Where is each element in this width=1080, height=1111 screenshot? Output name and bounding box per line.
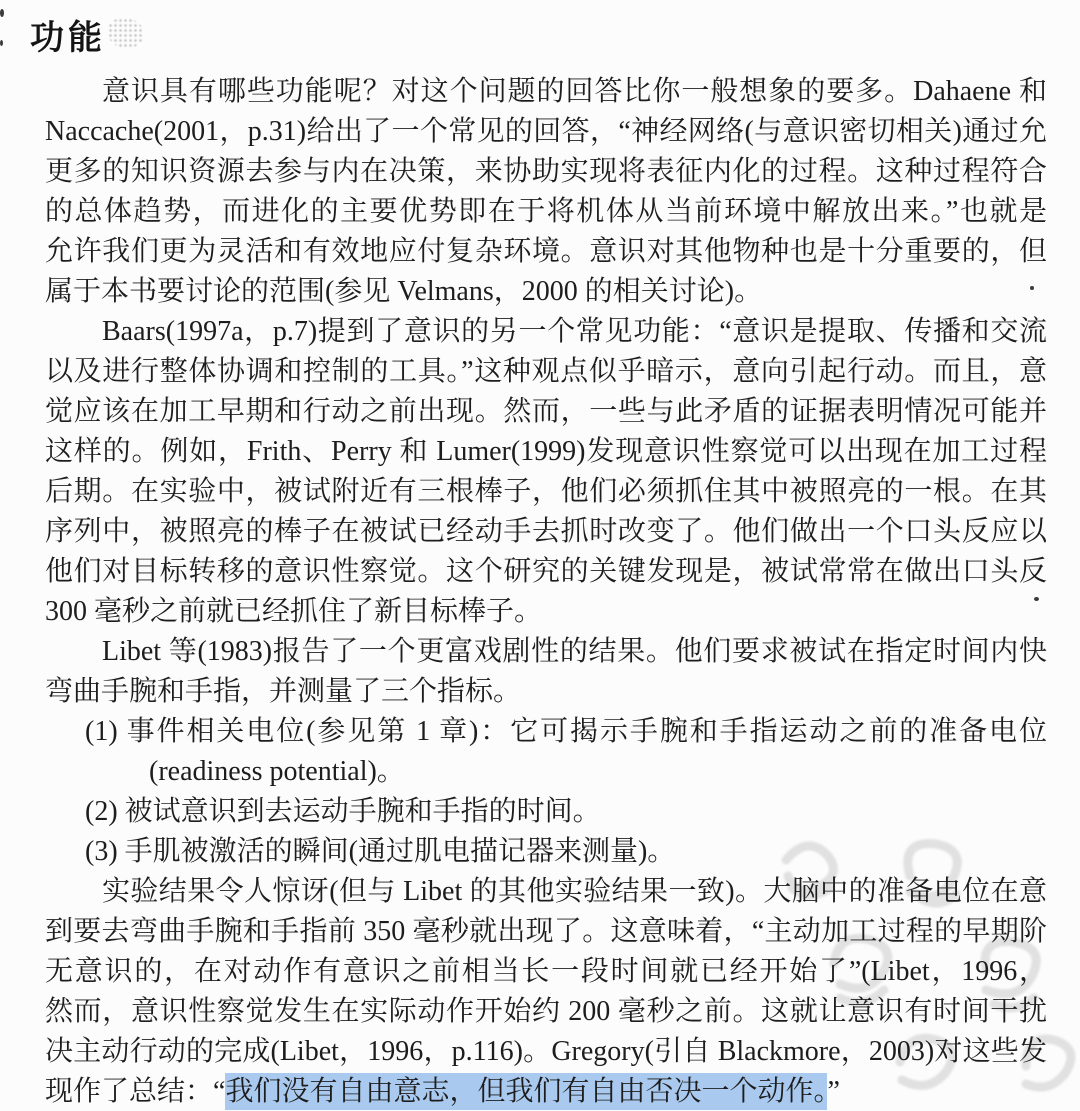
scan-speck (0, 9, 4, 17)
text-line: 实验结果令人惊讶(但与 Libet 的其他实验结果一致)。大脑中的准备电位在意识 (45, 872, 1047, 912)
text-run: 更多的知识资源去参与内在决策，来协助实现将表征内化的过程。这种过程符合进化 (45, 156, 1047, 192)
text-line: 以及进行整体协调和控制的工具。”这种观点似乎暗示，意向引起行动。而且，意识性察 (45, 352, 1047, 392)
text-line: 现作了总结：“我们没有自由意志，但我们有自由否决一个动作。” (45, 1072, 1047, 1111)
text-run: Libet 等(1983)报告了一个更富戏剧性的结果。他们要求被试在指定时间内快… (45, 636, 1047, 672)
text-line: 后期。在实验中，被试附近有三根棒子，他们必须抓住其中被照亮的一根。在其中一些 (45, 472, 1047, 512)
ink-smudge-icon (108, 18, 144, 48)
text-run: ” (827, 1076, 839, 1107)
text-run: 序列中，被照亮的棒子在被试已经动手去抓时改变了。他们做出一个口头反应以表明 (45, 516, 1047, 552)
text-line: 决主动行动的完成(Libet，1996，p.116)。Gregory(引自 Bl… (45, 1032, 1047, 1072)
text-line: (3) 手肌被激活的瞬间(通过肌电描记器来测量)。 (45, 832, 1047, 872)
text-line: 到要去弯曲手腕和手指前 350 毫秒就出现了。这意味着，“主动加工过程的早期阶段… (45, 912, 1047, 952)
text-run: 无意识的，在对动作有意识之前相当长一段时间就已经开始了”(Libet，1996，… (45, 956, 1047, 992)
text-run: 实验结果令人惊讶(但与 Libet 的其他实验结果一致)。大脑中的准备电位在意识 (45, 876, 1047, 912)
section-heading: 功能 (30, 10, 106, 59)
text-line: 300 毫秒之前就已经抓住了新目标棒子。 (45, 592, 1047, 632)
text-run: (1) 事件相关电位(参见第 1 章)：它可揭示手腕和手指运动之前的准备电位 (85, 716, 1047, 747)
scanned-book-page: 功能 意识具有哪些功能呢？对这个问题的回答比你一般想象的要多。Dahaene 和… (0, 0, 1080, 1111)
text-run: Naccache(2001，p.31)给出了一个常见的回答，“神经网络(与意识密… (45, 116, 1047, 152)
text-run: 意识具有哪些功能呢？对这个问题的回答比你一般想象的要多。Dahaene 和 (102, 76, 1047, 107)
text-line: 的总体趋势，而进化的主要优势即在于将机体从当前环境中解放出来。”也就是说，意识 (45, 192, 1047, 232)
text-run: 现作了总结：“ (45, 1076, 225, 1107)
text-line: 无意识的，在对动作有意识之前相当长一段时间就已经开始了”(Libet，1996，… (45, 952, 1047, 992)
text-line: Naccache(2001，p.31)给出了一个常见的回答，“神经网络(与意识密… (45, 112, 1047, 152)
text-run: 后期。在实验中，被试附近有三根棒子，他们必须抓住其中被照亮的一根。在其中一些 (45, 476, 1047, 512)
text-run: 弯曲手腕和手指，并测量了三个指标。 (45, 676, 521, 707)
text-run: 到要去弯曲手腕和手指前 350 毫秒就出现了。这意味着，“主动加工过程的早期阶段… (45, 916, 1047, 952)
text-line: 属于本书要讨论的范围(参见 Velmans，2000 的相关讨论)。 (45, 272, 1047, 312)
text-line: 弯曲手腕和手指，并测量了三个指标。 (45, 672, 1047, 712)
text-run: 这样的。例如，Frith、Perry 和 Lumer(1999)发现意识性察觉可… (45, 436, 1047, 472)
text-run: 觉应该在加工早期和行动之前出现。然而，一些与此矛盾的证据表明情况可能并不是 (45, 396, 1047, 432)
text-run: 他们对目标转移的意识性察觉。这个研究的关键发现是，被试常常在做出口头反应 (45, 556, 1047, 592)
text-line: 更多的知识资源去参与内在决策，来协助实现将表征内化的过程。这种过程符合进化 (45, 152, 1047, 192)
scan-speck (0, 40, 3, 46)
text-block: 意识具有哪些功能呢？对这个问题的回答比你一般想象的要多。Dahaene 和Nac… (45, 72, 1047, 1111)
text-line: Libet 等(1983)报告了一个更富戏剧性的结果。他们要求被试在指定时间内快… (45, 632, 1047, 672)
text-run: 的总体趋势，而进化的主要优势即在于将机体从当前环境中解放出来。”也就是说，意识 (45, 196, 1047, 232)
text-run: 属于本书要讨论的范围(参见 Velmans，2000 的相关讨论)。 (45, 276, 762, 307)
text-line: (readiness potential)。 (45, 752, 1047, 792)
text-line: 他们对目标转移的意识性察觉。这个研究的关键发现是，被试常常在做出口头反应 (45, 552, 1047, 592)
text-line: (1) 事件相关电位(参见第 1 章)：它可揭示手腕和手指运动之前的准备电位 (45, 712, 1047, 752)
text-run: 然而，意识性察觉发生在实际动作开始约 200 毫秒之前。这就让意识有时间干扰或否 (45, 996, 1047, 1032)
text-line: 这样的。例如，Frith、Perry 和 Lumer(1999)发现意识性察觉可… (45, 432, 1047, 472)
text-run: 300 毫秒之前就已经抓住了新目标棒子。 (45, 596, 542, 627)
text-line: 意识具有哪些功能呢？对这个问题的回答比你一般想象的要多。Dahaene 和 (45, 72, 1047, 112)
text-run: (2) 被试意识到去运动手腕和手指的时间。 (85, 796, 601, 827)
text-run: (readiness potential)。 (149, 756, 405, 787)
text-run: (3) 手肌被激活的瞬间(通过肌电描记器来测量)。 (85, 836, 675, 867)
scan-speck (1034, 597, 1039, 601)
text-line: 允许我们更为灵活和有效地应付复杂环境。意识对其他物种也是十分重要的，但这不 (45, 232, 1047, 272)
highlighted-text: 我们没有自由意志，但我们有自由否决一个动作。 (225, 1073, 827, 1110)
text-line: Baars(1997a，p.7)提到了意识的另一个常见功能：“意识是提取、传播和… (45, 312, 1047, 352)
text-run: Baars(1997a，p.7)提到了意识的另一个常见功能：“意识是提取、传播和… (45, 316, 1047, 352)
text-run: 以及进行整体协调和控制的工具。”这种观点似乎暗示，意向引起行动。而且，意识性察 (45, 356, 1047, 392)
text-run: 允许我们更为灵活和有效地应付复杂环境。意识对其他物种也是十分重要的，但这不 (45, 236, 1047, 272)
text-run: 决主动行动的完成(Libet，1996，p.116)。Gregory(引自 Bl… (45, 1036, 1047, 1067)
text-line: 然而，意识性察觉发生在实际动作开始约 200 毫秒之前。这就让意识有时间干扰或否 (45, 992, 1047, 1032)
text-line: 觉应该在加工早期和行动之前出现。然而，一些与此矛盾的证据表明情况可能并不是 (45, 392, 1047, 432)
scan-speck (1030, 286, 1034, 290)
text-line: 序列中，被照亮的棒子在被试已经动手去抓时改变了。他们做出一个口头反应以表明 (45, 512, 1047, 552)
text-line: (2) 被试意识到去运动手腕和手指的时间。 (45, 792, 1047, 832)
